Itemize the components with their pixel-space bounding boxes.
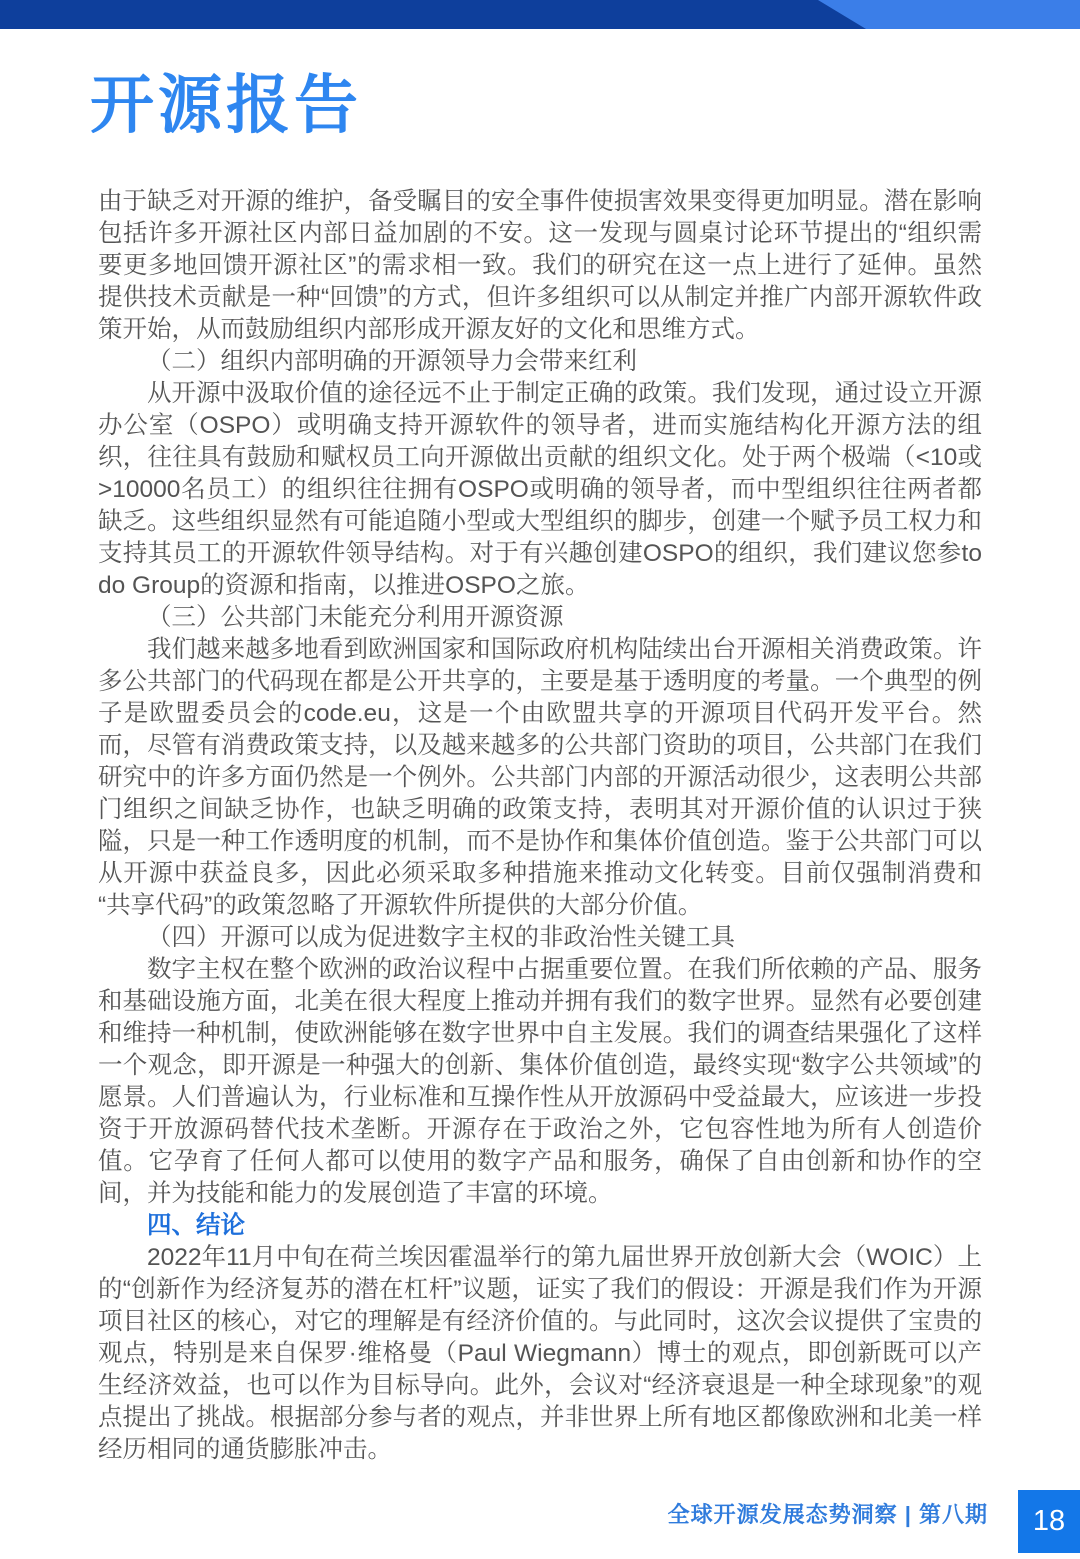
page-number-badge: 18: [1018, 1490, 1080, 1553]
section-subheading: （二）组织内部明确的开源领导力会带来红利: [98, 346, 982, 378]
report-page: 开源报告 由于缺乏对开源的维护，备受瞩目的安全事件使损害效果变得更加明显。潜在影…: [0, 0, 1080, 1559]
page-title: 开源报告: [90, 70, 362, 140]
section-subheading: （三）公共部门未能充分利用开源资源: [98, 602, 982, 634]
body-paragraph: 数字主权在整个欧洲的政治议程中占据重要位置。在我们所依赖的产品、服务和基础设施方…: [98, 954, 982, 1210]
conclusion-heading: 四、结论: [98, 1210, 982, 1242]
body-paragraph: 2022年11月中旬在荷兰埃因霍温举行的第九届世界开放创新大会（WOIC）上的“…: [98, 1242, 982, 1466]
header-band: [0, 0, 1080, 29]
section-subheading: （四）开源可以成为促进数字主权的非政治性关键工具: [98, 922, 982, 954]
footer-journal-title: 全球开源发展态势洞察 | 第八期: [668, 1498, 988, 1529]
report-body: 由于缺乏对开源的维护，备受瞩目的安全事件使损害效果变得更加明显。潜在影响包括许多…: [98, 186, 982, 1466]
body-paragraph: 从开源中汲取价值的途径远不止于制定正确的政策。我们发现，通过设立开源办公室（OS…: [98, 378, 982, 602]
page-number: 18: [1033, 1505, 1065, 1538]
header-band-dark-shape: [0, 0, 1080, 29]
body-paragraph: 我们越来越多地看到欧洲国家和国际政府机构陆续出台开源相关消费政策。许多公共部门的…: [98, 634, 982, 922]
body-paragraph: 由于缺乏对开源的维护，备受瞩目的安全事件使损害效果变得更加明显。潜在影响包括许多…: [98, 186, 982, 346]
